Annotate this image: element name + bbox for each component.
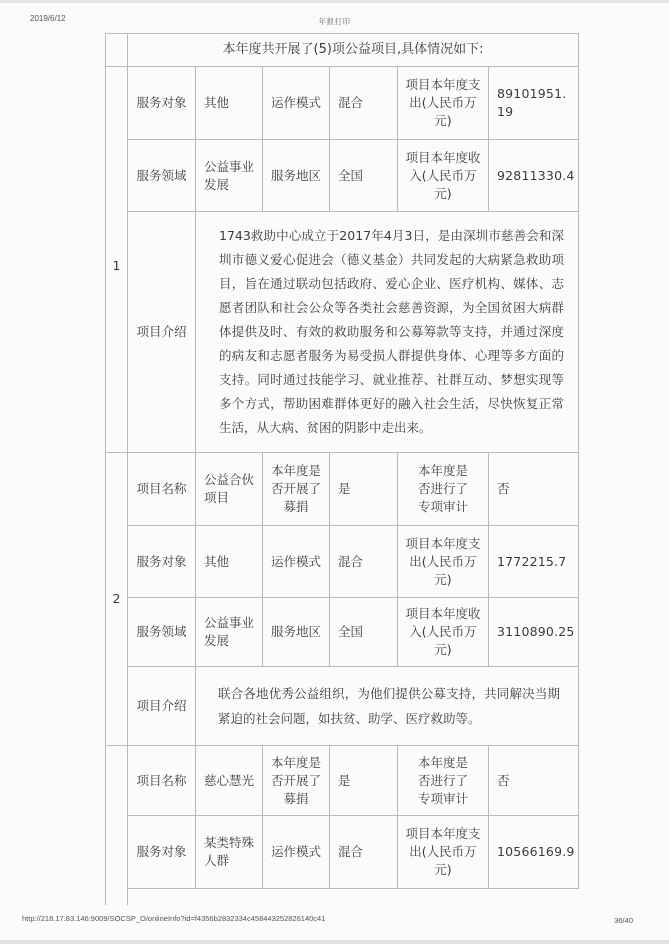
summary-cell: 本年度共开展了(5)项公益项目,具体情况如下: (127, 33, 578, 66)
label-income: 项目本年度收入(人民币万元) (397, 139, 488, 211)
print-url: http://218.17.83.146:9009/SOCSP_O/online… (22, 914, 325, 923)
value-operation-mode: 混合 (329, 525, 397, 597)
charity-projects-table: 本年度共开展了(5)项公益项目,具体情况如下: 1 服务对象 其他 运作模式 混… (0, 0, 669, 944)
value-intro: 联合各地优秀公益组织，为他们提供公募支持，共同解决当期紧迫的社会问题，如扶贫、助… (195, 666, 578, 745)
label-intro: 项目介绍 (127, 666, 195, 745)
value-fundraising: 是 (329, 452, 397, 525)
value-audit: 否 (488, 452, 578, 525)
value-service-target: 某类特殊人群 (195, 815, 262, 888)
label-service-target: 服务对象 (127, 66, 195, 139)
value-audit: 否 (488, 745, 578, 815)
truncated-row (127, 888, 578, 905)
label-operation-mode: 运作模式 (262, 815, 329, 888)
page-edge (0, 940, 669, 944)
label-operation-mode: 运作模式 (262, 66, 329, 139)
label-intro: 项目介绍 (127, 211, 195, 452)
label-service-field: 服务领域 (127, 139, 195, 211)
value-service-target: 其他 (195, 525, 262, 597)
label-expense: 项目本年度支出(人民币万元) (397, 525, 488, 597)
label-project-name: 项目名称 (127, 745, 195, 815)
project-index-2: 2 (105, 452, 127, 745)
page-number: 36/40 (614, 916, 633, 925)
value-expense: 1772215.7 (488, 525, 578, 597)
value-service-area: 全国 (329, 139, 397, 211)
value-project-name: 慈心慧光 (195, 745, 262, 815)
project-index-1: 1 (105, 66, 127, 452)
value-service-target: 其他 (195, 66, 262, 139)
value-operation-mode: 混合 (329, 815, 397, 888)
value-expense: 10566169.9 (488, 815, 578, 888)
value-intro: 1743救助中心成立于2017年4月3日，是由深圳市慈善会和深圳市德义爱心促进会… (195, 211, 578, 452)
value-expense: 89101951.19 (488, 66, 578, 139)
value-income: 92811330.4 (488, 139, 578, 211)
table-right-border (578, 33, 579, 889)
value-project-name: 公益合伙项目 (195, 452, 262, 525)
label-expense: 项目本年度支出(人民币万元) (397, 66, 488, 139)
label-fundraising: 本年度是否开展了募捐 (262, 452, 329, 525)
label-operation-mode: 运作模式 (262, 525, 329, 597)
value-service-area: 全国 (329, 597, 397, 666)
label-service-field: 服务领域 (127, 597, 195, 666)
project-index-3 (105, 745, 127, 905)
value-operation-mode: 混合 (329, 66, 397, 139)
index-header-cell (105, 33, 127, 66)
value-service-field: 公益事业发展 (195, 139, 262, 211)
value-service-field: 公益事业发展 (195, 597, 262, 666)
summary-text: 本年度共开展了(5)项公益项目,具体情况如下: (223, 41, 484, 59)
label-service-area: 服务地区 (262, 597, 329, 666)
label-income: 项目本年度收入(人民币万元) (397, 597, 488, 666)
label-service-target: 服务对象 (127, 525, 195, 597)
label-service-area: 服务地区 (262, 139, 329, 211)
label-project-name: 项目名称 (127, 452, 195, 525)
row-divider (127, 888, 579, 889)
value-income: 3110890.25 (488, 597, 578, 666)
label-audit: 本年度是否进行了专项审计 (397, 745, 488, 815)
label-audit: 本年度是否进行了专项审计 (397, 452, 488, 525)
label-service-target: 服务对象 (127, 815, 195, 888)
label-expense: 项目本年度支出(人民币万元) (397, 815, 488, 888)
label-fundraising: 本年度是否开展了募捐 (262, 745, 329, 815)
value-fundraising: 是 (329, 745, 397, 815)
